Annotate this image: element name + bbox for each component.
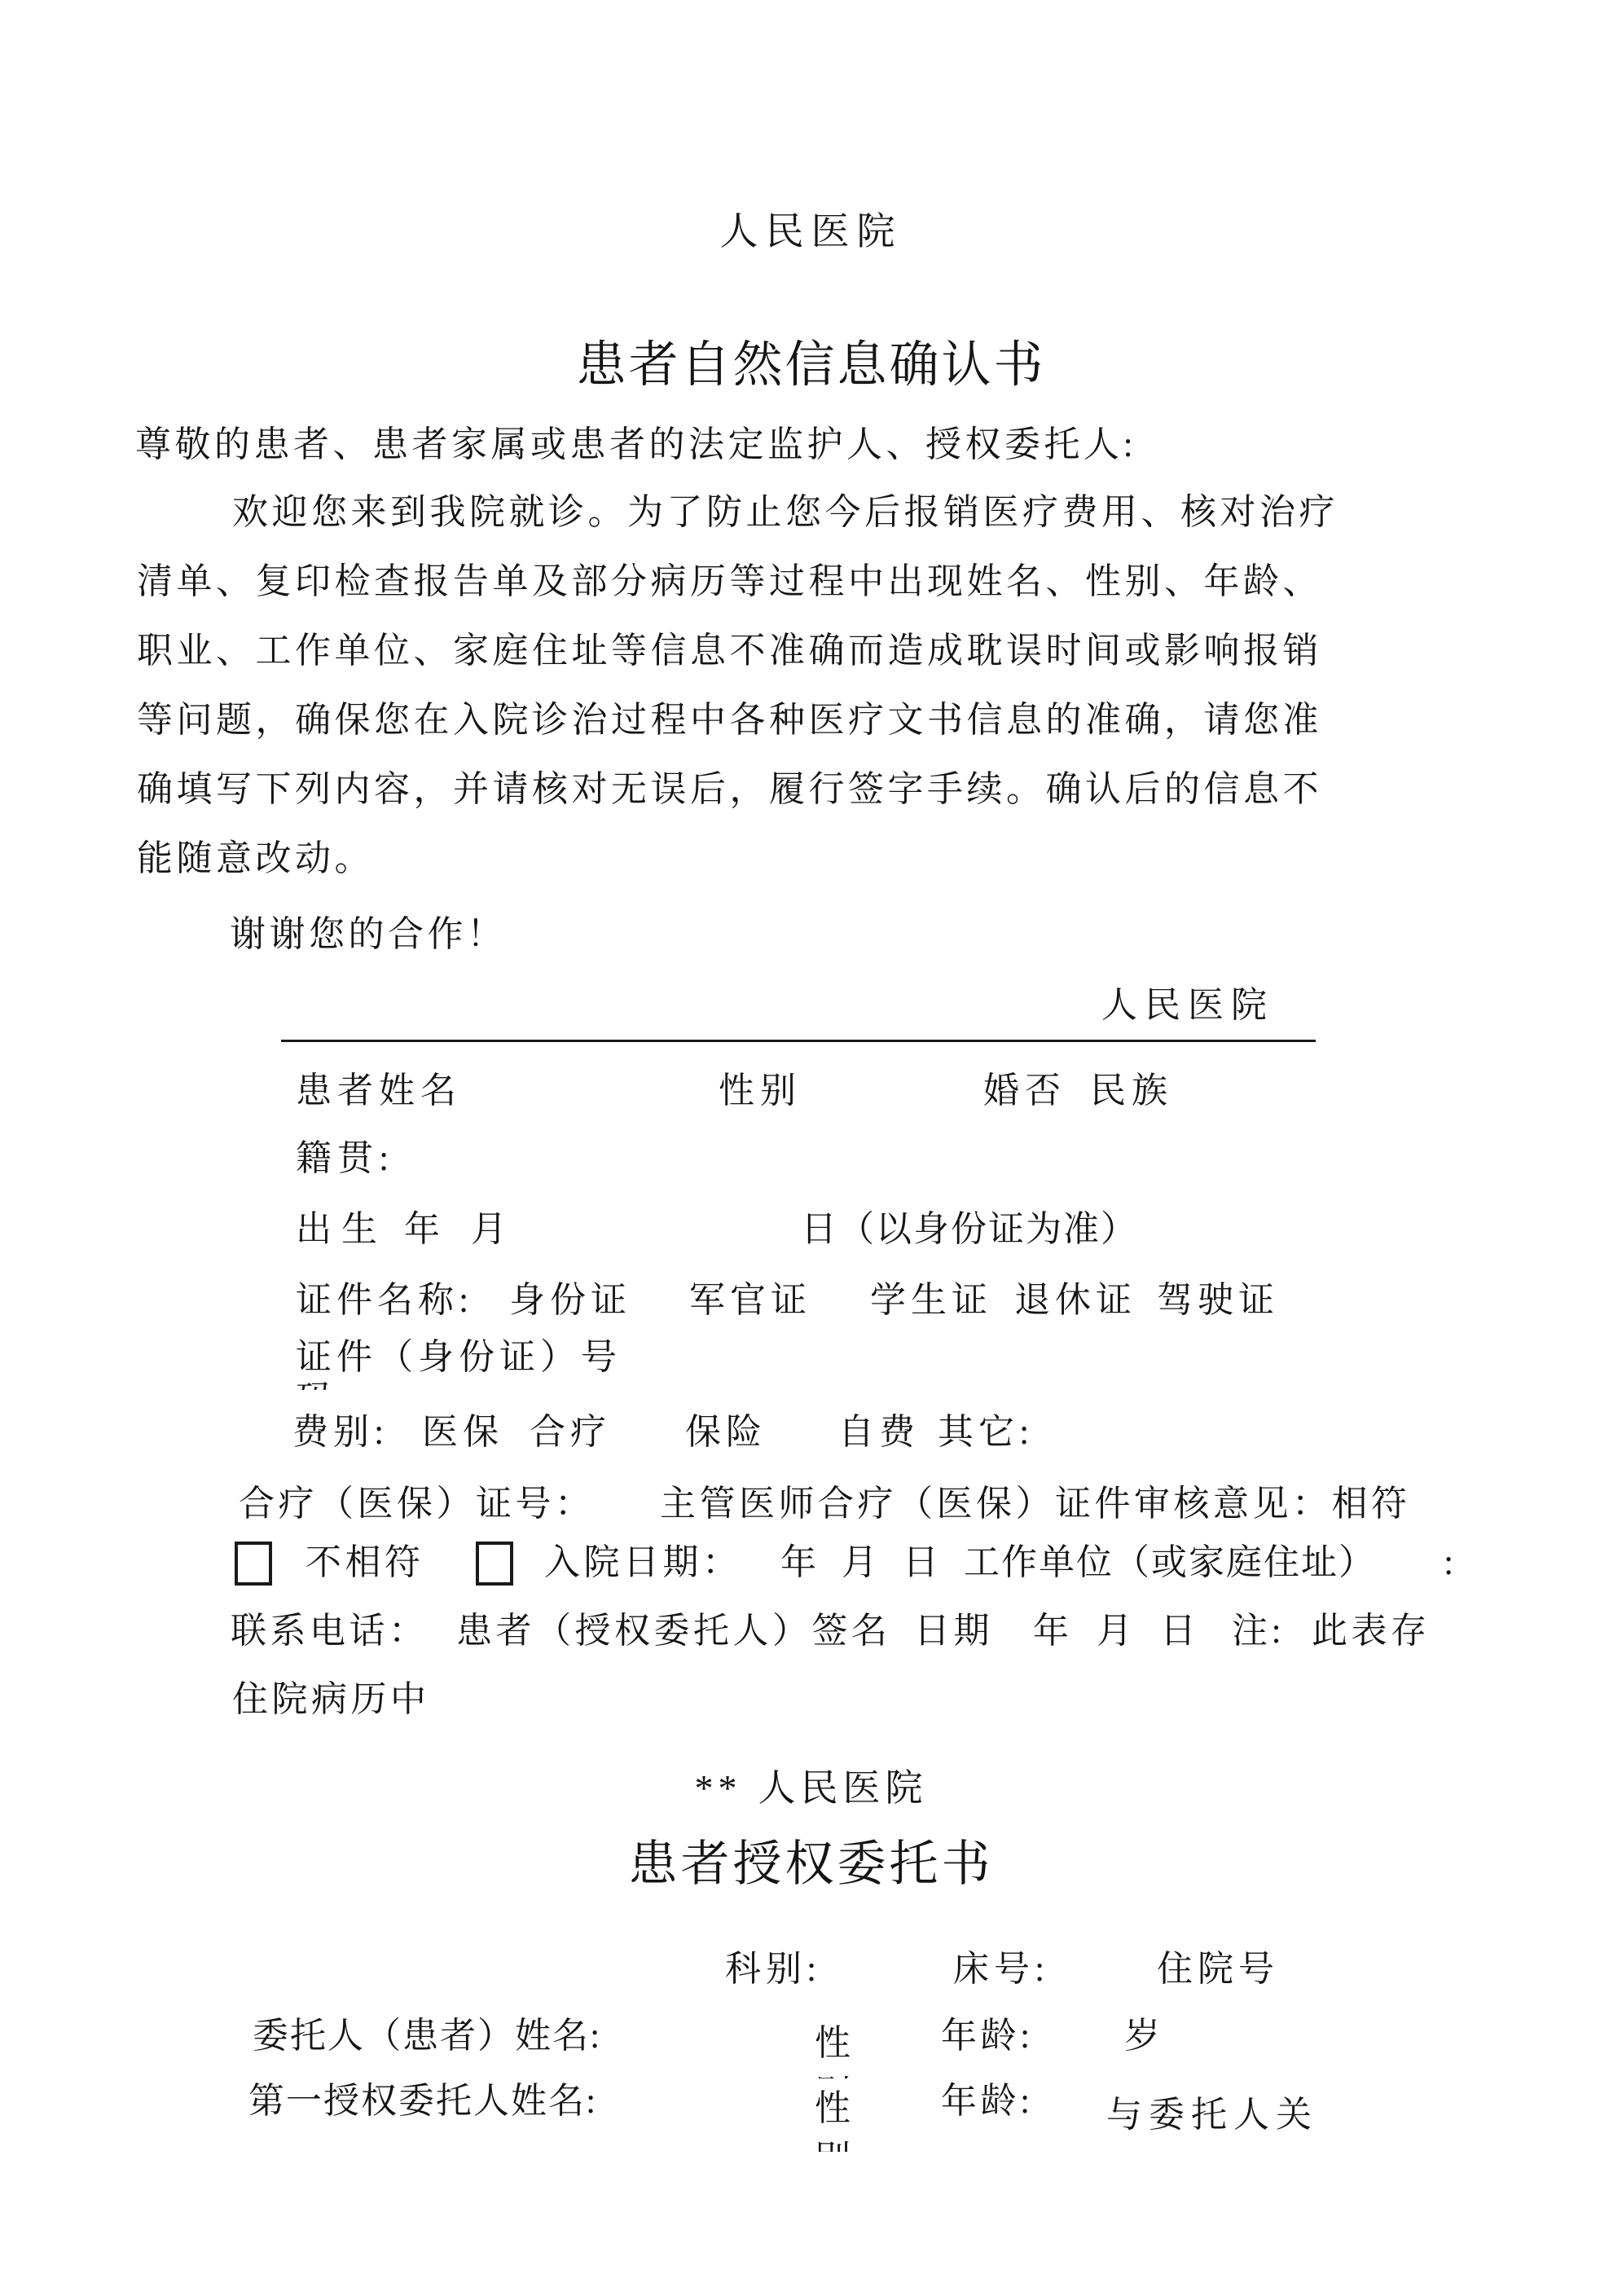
mismatch-label: 不相符 [305, 1545, 424, 1581]
fee-label: 费别: [292, 1414, 389, 1450]
cert-option-id-card: 身份证 [509, 1282, 631, 1318]
signer-label: 患者（授权委托人）签名 [456, 1613, 891, 1649]
coop-number-label: 合疗（医保）证号： [239, 1486, 595, 1522]
body-line: 欢迎您来到我院就诊。为了防止您今后报销医疗费用、核对治疗 [232, 495, 1338, 530]
cert-type-label: 证件名称: [296, 1282, 473, 1318]
native-place-label: 籍贯: [296, 1141, 394, 1177]
thanks-line: 谢谢您的合作！ [230, 917, 507, 952]
cert-option-officer: 军官证 [689, 1282, 811, 1318]
match-checkbox [235, 1542, 272, 1586]
review-opinion-label: 主管医师合疗（医保）证件审核意见：相符 [660, 1486, 1411, 1522]
cert-number-label: 证件（身份证）号码 [296, 1336, 628, 1390]
birth-label: 出生 [296, 1212, 387, 1247]
auth-hospital-header: **人民医院 [0, 1770, 1622, 1807]
mismatch-checkbox [476, 1542, 513, 1586]
document-title: 患者自然信息确认书 [0, 341, 1622, 390]
dept-label: 科别: [725, 1951, 821, 1987]
hospital-signature: 人民医院 [1101, 987, 1274, 1023]
birth-day-note: 日（以身份证为准） [801, 1212, 1138, 1247]
admit-day-label: 日 [903, 1545, 943, 1581]
bed-label: 床号: [953, 1951, 1049, 1987]
trustor-gender-label: 性别 [815, 2018, 859, 2078]
asterisk-prefix: ** [695, 1767, 742, 1809]
body-line: 确填写下列内容，并请核对无误后，履行签字手续。确认后的信息不 [137, 772, 1322, 807]
delegate-age-label: 年龄: [941, 2083, 1034, 2119]
fee-option-coop: 合疗 [530, 1414, 611, 1450]
fee-option-medicare: 医保 [422, 1414, 503, 1450]
delegate-name-label: 第一授权委托人姓名: [248, 2083, 597, 2119]
body-line: 职业、工作单位、家庭住址等信息不准确而造成耽误时间或影响报销 [137, 633, 1322, 669]
sign-day-label: 日 [1160, 1613, 1200, 1649]
work-unit-colon: : [1444, 1545, 1457, 1581]
marital-label: 婚否 [983, 1073, 1066, 1109]
ethnicity-label: 民族 [1090, 1073, 1173, 1109]
cert-option-retired: 退休证 [1014, 1282, 1136, 1318]
admit-date-label: 入院日期： [544, 1545, 742, 1581]
hospital-header: 人民医院 [0, 213, 1622, 252]
trustor-age-unit: 岁 [1124, 2018, 1164, 2054]
cert-option-student: 学生证 [870, 1282, 992, 1318]
phone-label: 联系电话： [231, 1613, 429, 1649]
body-line: 清单、复印检查报告单及部分病历等过程中出现姓名、性别、年龄、 [137, 564, 1322, 600]
sign-year-label: 年 [1033, 1613, 1073, 1649]
authorization-title: 患者授权委托书 [0, 1840, 1622, 1889]
body-line: 等问题，确保您在入院诊治过程中各种医疗文书信息的准确，请您准 [137, 702, 1322, 738]
auth-hospital-name: 人民医院 [758, 1767, 928, 1809]
delegate-gender-label: 性别 [815, 2083, 859, 2152]
sign-month-label: 月 [1097, 1613, 1136, 1649]
trustor-age-label: 年龄: [941, 2018, 1034, 2054]
patient-name-label: 患者姓名 [296, 1073, 462, 1109]
delegate-relation-label: 与委托人关系 [1106, 2083, 1326, 2153]
trustor-name-label: 委托人（患者）姓名: [253, 2018, 601, 2054]
salutation: 尊敬的患者、患者家属或患者的法定监护人、授权委托人: [135, 427, 1136, 463]
body-line: 能随意改动。 [137, 841, 374, 877]
signature-rule [281, 1040, 1316, 1042]
admission-no-label: 住院号 [1157, 1951, 1279, 1987]
admit-month-label: 月 [842, 1545, 881, 1581]
note-label: 注: [1232, 1613, 1285, 1649]
document-page: 人民医院 患者自然信息确认书 尊敬的患者、患者家属或患者的法定监护人、授权委托人… [0, 0, 1622, 2296]
work-unit-label: 工作单位（或家庭住址） [964, 1545, 1376, 1581]
gender-label: 性别 [719, 1073, 802, 1109]
fee-option-other: 其它: [938, 1414, 1034, 1450]
fee-option-insurance: 保险 [685, 1414, 767, 1450]
fee-option-self-pay: 自费 [838, 1414, 920, 1450]
cert-option-driver: 驾驶证 [1157, 1282, 1279, 1318]
note-text: 此表存 [1312, 1613, 1431, 1649]
sign-date-label: 日期 [914, 1613, 993, 1649]
note-continued: 住院病历中 [232, 1682, 430, 1718]
birth-year-label: 年 [404, 1212, 444, 1247]
admit-year-label: 年 [780, 1545, 820, 1581]
birth-month-label: 月 [471, 1212, 511, 1247]
